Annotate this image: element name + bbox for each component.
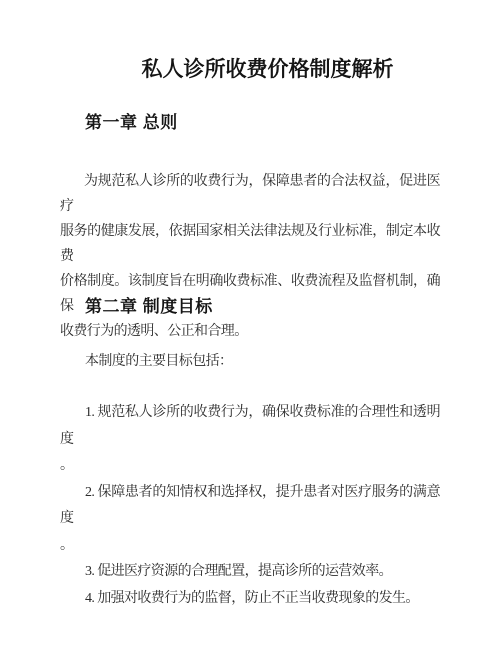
list-line-item2: 2. 保障患者的知情权和选择权，提升患者对医疗服务的满意度	[60, 480, 440, 533]
list-line-item2-overflow: 。	[60, 533, 440, 560]
paragraph-line: 收费行为的透明、公正和合理。	[60, 319, 440, 344]
list-intro-line: 本制度的主要目标包括：	[60, 349, 440, 374]
list-intro: 本制度的主要目标包括：	[60, 349, 440, 374]
list-line-item4: 4. 加强对收费行为的监督，防止不正当收费现象的发生。	[60, 586, 440, 613]
list-line-item3: 3. 促进医疗资源的合理配置，提高诊所的运营效率。	[60, 559, 440, 586]
chapter2-heading: 第二章 制度目标	[85, 296, 213, 318]
paragraph-line: 服务的健康发展，依据国家相关法律法规及行业标准，制定本收费	[60, 219, 440, 269]
list-line-item1-overflow: 。	[60, 453, 440, 480]
document-page: 私人诊所收费价格制度解析 第一章 总则 为规范私人诊所的收费行为，保障患者的合法…	[0, 0, 500, 647]
goals-list: 1. 规范私人诊所的收费行为，确保收费标准的合理性和透明度 。 2. 保障患者的…	[60, 400, 440, 612]
paragraph-line: 为规范私人诊所的收费行为，保障患者的合法权益，促进医疗	[60, 169, 440, 219]
chapter1-heading: 第一章 总则	[85, 112, 178, 134]
list-line-item1: 1. 规范私人诊所的收费行为，确保收费标准的合理性和透明度	[60, 400, 440, 453]
document-title: 私人诊所收费价格制度解析	[0, 55, 500, 85]
